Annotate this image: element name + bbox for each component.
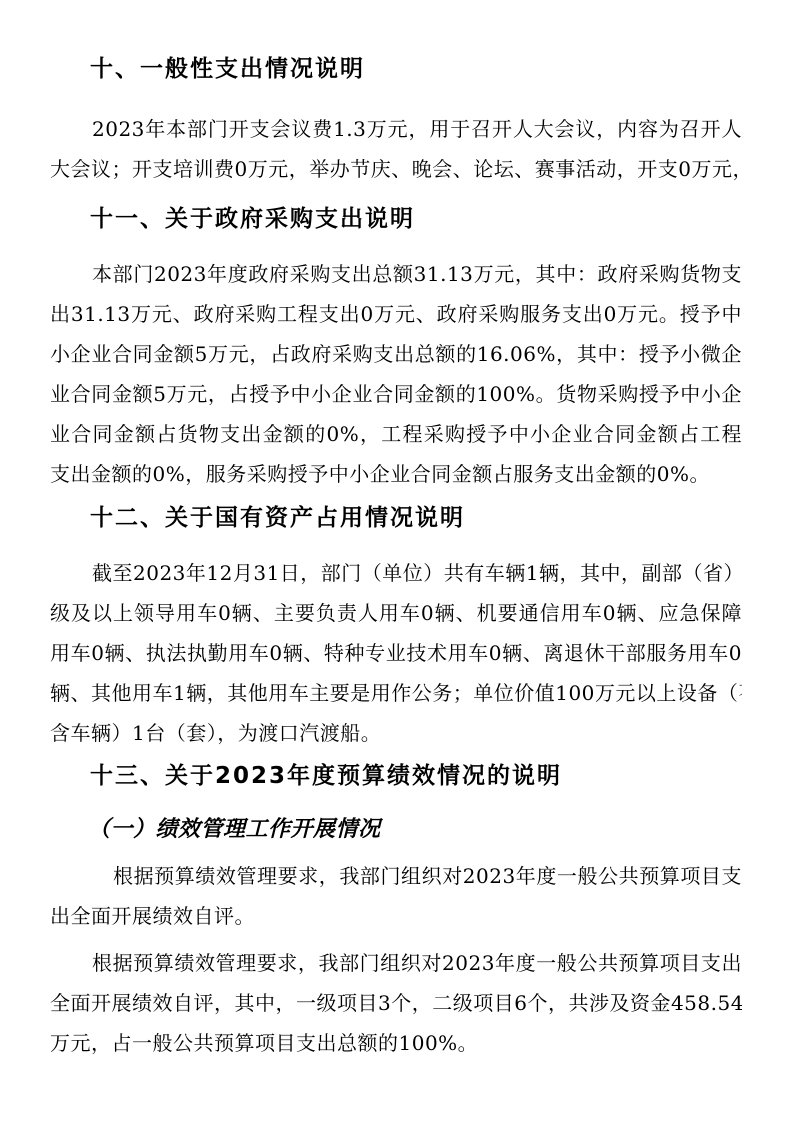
text-line: 支出金额的0%，服务采购授予中小企业合同金额占服务支出金额的0%。 (50, 454, 742, 494)
text-line: 大会议；开支培训费0万元，举办节庆、晚会、论坛、赛事活动，开支0万元， (50, 149, 742, 189)
section-heading-11: 十一、关于政府采购支出说明 (90, 199, 742, 239)
text-line: 用车0辆、执法执勤用车0辆、特种专业技术用车0辆、离退休干部服务用车0 (50, 633, 742, 673)
text-line: 辆、其他用车1辆，其他用车主要是用作公务；单位价值100万元以上设备（不 (50, 673, 742, 713)
text-line: 级及以上领导用车0辆、主要负责人用车0辆、机要通信用车0辆、应急保障 (50, 593, 742, 633)
text-line: 全面开展绩效自评，其中，一级项目3个，二级项目6个，共涉及资金458.54 (50, 983, 742, 1023)
paragraph: 本部门2023年度政府采购支出总额31.13万元，其中：政府采购货物支 出31.… (50, 254, 742, 494)
text-line: 业合同金额占货物支出金额的0%，工程采购授予中小企业合同金额占工程 (50, 414, 742, 454)
text-line: 含车辆）1台（套），为渡口汽渡船。 (50, 713, 742, 753)
section-heading-13: 十三、关于2023年度预算绩效情况的说明 (90, 756, 742, 796)
section-general-expenditure: 十、一般性支出情况说明 2023年本部门开支会议费1.3万元，用于召开人大会议，… (50, 49, 742, 189)
section-state-assets: 十二、关于国有资产占用情况说明 截至2023年12月31日，部门（单位）共有车辆… (50, 498, 742, 753)
text-line: 本部门2023年度政府采购支出总额31.13万元，其中：政府采购货物支 (50, 254, 742, 294)
document-page: 十、一般性支出情况说明 2023年本部门开支会议费1.3万元，用于召开人大会议，… (0, 0, 793, 1122)
text-line: 出31.13万元、政府采购工程支出0万元、政府采购服务支出0万元。授予中 (50, 294, 742, 334)
text-line: 万元，占一般公共预算项目支出总额的100%。 (50, 1023, 742, 1063)
section-heading-10: 十、一般性支出情况说明 (90, 49, 742, 89)
text-line: 业合同金额5万元，占授予中小企业合同金额的100%。货物采购授予中小企 (50, 374, 742, 414)
text-line: 根据预算绩效管理要求，我部门组织对2023年度一般公共预算项目支 (50, 856, 742, 896)
paragraph: 2023年本部门开支会议费1.3万元，用于召开人大会议，内容为召开人 大会议；开… (50, 109, 742, 189)
paragraph: 根据预算绩效管理要求，我部门组织对2023年度一般公共预算项目支 出全面开展绩效… (50, 856, 742, 936)
text-line: 根据预算绩效管理要求，我部门组织对2023年度一般公共预算项目支出 (50, 943, 742, 983)
text-line: 截至2023年12月31日，部门（单位）共有车辆1辆，其中，副部（省） (50, 553, 742, 593)
section-government-procurement: 十一、关于政府采购支出说明 本部门2023年度政府采购支出总额31.13万元，其… (50, 199, 742, 494)
paragraph: 根据预算绩效管理要求，我部门组织对2023年度一般公共预算项目支出 全面开展绩效… (50, 943, 742, 1063)
text-line: 出全面开展绩效自评。 (50, 896, 742, 936)
text-line: 小企业合同金额5万元，占政府采购支出总额的16.06%，其中：授予小微企 (50, 334, 742, 374)
section-subheading-13-1: （一）绩效管理工作开展情况 (88, 809, 742, 849)
paragraph: 截至2023年12月31日，部门（单位）共有车辆1辆，其中，副部（省） 级及以上… (50, 553, 742, 753)
section-heading-12: 十二、关于国有资产占用情况说明 (90, 498, 742, 538)
text-line: 2023年本部门开支会议费1.3万元，用于召开人大会议，内容为召开人 (50, 109, 742, 149)
section-budget-performance: 十三、关于2023年度预算绩效情况的说明 （一）绩效管理工作开展情况 根据预算绩… (50, 756, 742, 1063)
